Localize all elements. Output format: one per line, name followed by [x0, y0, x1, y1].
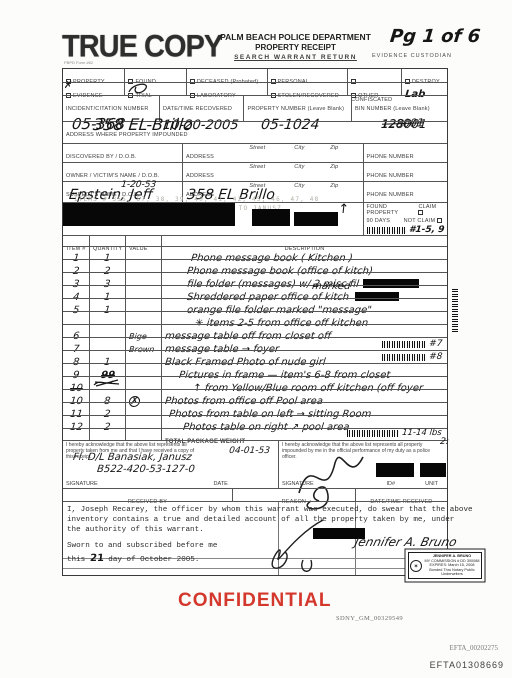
- checkbox-laboratory: LABORATORY: [186, 83, 267, 95]
- handwritten-impound-address: 358 EL-Brillo: [92, 117, 194, 133]
- checkbox-destroy: DESTROY: [401, 69, 447, 82]
- trial-scribble-mark: [127, 82, 153, 95]
- evidence-barcode: [367, 227, 406, 234]
- discovered-by-field: DISCOVERED BY / D.O.B.: [63, 144, 182, 162]
- item-row-8: 8 1 Black Framed Photo of nude girl #8: [63, 350, 447, 363]
- ack-right-cell: I hereby acknowledge that the above list…: [278, 441, 447, 488]
- discovered-phone-field: PHONE NUMBER: [363, 144, 447, 162]
- sworn-line-4: Sworn to and subscribed before me: [67, 542, 217, 552]
- redaction-bar: [294, 212, 338, 226]
- received-by-row: RECEIVED BY REASON DATE/TIME RECEIVED: [63, 488, 447, 501]
- signature-label: SIGNATURE: [282, 481, 314, 487]
- handwritten-received-dob: 04-01-53: [229, 447, 271, 456]
- handwritten-up-arrow: ↑: [337, 203, 349, 216]
- checkbox-row-2: EVIDENCE ✗ TRIAL LABORATORY STOLEN/RECOV…: [63, 82, 447, 95]
- item-row-5: 5 1 orange file folder marked "message": [63, 298, 447, 311]
- notary-stamp: ✶ JENNIFER A. BRUNO MY COMMISSION # DD 3…: [408, 552, 482, 579]
- document-title: PROPERTY RECEIPT: [208, 43, 383, 52]
- item-table-header: ITEM # QUANTITY VALUE DESCRIPTION: [63, 235, 447, 246]
- item-row-2: 2 2 Phone message book (office of kitch): [63, 259, 447, 272]
- checkbox-trial: TRIAL: [124, 83, 185, 95]
- owner-victim-row: OWNER / VICTIM'S NAME / D.O.B. ADDRESS S…: [63, 162, 447, 181]
- handwritten-item-tag: #7: [428, 340, 442, 349]
- scribbled-out-mark: [93, 378, 121, 388]
- acknowledgement-row: I hereby acknowledge that the above list…: [63, 440, 447, 488]
- redaction-bar: [420, 463, 446, 477]
- item-row-10: 10 8 ✗ Photos from office off Pool area: [63, 389, 447, 402]
- owner-name-field: OWNER / VICTIM'S NAME / D.O.B.: [63, 163, 182, 181]
- evidence-barcode: [347, 430, 399, 437]
- side-evidence-barcode: [452, 288, 458, 332]
- checkbox-confiscated: CONFISCATED: [347, 69, 401, 82]
- address-impounded-field: ADDRESS WHERE PROPERTY IMPOUNDED 358 EL-…: [63, 122, 447, 143]
- handwritten-item-tag: #8: [428, 353, 442, 362]
- owner-phone-field: PHONE NUMBER: [363, 163, 447, 181]
- notary-bonded: Bonded Thru Notary Public Underwriters: [429, 568, 475, 577]
- bates-number-right-small: EFTA_00202275: [450, 644, 498, 652]
- handwritten-day: 21: [89, 554, 104, 564]
- checkbox-personal: PERSONAL: [267, 69, 348, 82]
- address-impounded-row: ADDRESS WHERE PROPERTY IMPOUNDED 358 EL-…: [63, 121, 447, 143]
- item-row-struck: 10 ↑ from Yellow/Blue room off kitchen (…: [63, 376, 447, 389]
- handwritten-item-tag: #1-5, 9: [408, 226, 444, 235]
- handwritten-weight: 11-14 lbs: [402, 429, 442, 438]
- confidential-stamp: CONFIDENTIAL: [178, 590, 331, 612]
- sworn-line-1: I, Joseph Recarey, the officer by whom t…: [67, 506, 473, 516]
- property-number-field: PROPERTY NUMBER (Leave Blank) 05-1024: [243, 96, 351, 121]
- discovered-address-field: ADDRESS Street City Zip: [182, 144, 362, 162]
- item-row-9: 9 99 Pictures in frame — item's 6-8 from…: [63, 363, 447, 376]
- notary-commission: MY COMMISSION # DD 300088: [424, 559, 479, 563]
- checkbox-other: OTHER: [347, 83, 401, 95]
- sworn-line-3: the authority of this warrant.: [67, 526, 204, 536]
- suspect-phone-field: PHONE NUMBER: [363, 182, 447, 202]
- handwritten-superscript: marked: [311, 282, 350, 292]
- row-rule: [63, 568, 447, 569]
- handwritten-received-name: Fl. D/L Banasiak, Janusz: [72, 453, 192, 463]
- claim-checkbox-icon: [418, 210, 423, 215]
- total-weight-row: TOTAL PACKAGE WEIGHT 11-14 lbs: [63, 428, 447, 440]
- unit-label: UNIT: [425, 481, 438, 487]
- checkbox-deceased: DECEASED (Probated): [186, 69, 267, 82]
- notary-signature: Jennifer A. Bruno: [353, 536, 458, 548]
- found-property-cell: FOUND PROPERTYCLAIM 90 DAYSNOT CLAIM #1-…: [363, 203, 447, 235]
- handwritten-side-note: 2:: [440, 438, 450, 447]
- item-row-6: 6 Bige message table off from closet off: [63, 324, 447, 337]
- ack-left-cell: I hereby acknowledge that the above list…: [63, 441, 278, 488]
- redaction-bar: [252, 209, 290, 226]
- document-subtitle: SEARCH WARRANT RETURN: [208, 54, 383, 61]
- item-row-1: 1 1 Phone message book ( Kitchen ): [63, 246, 447, 259]
- handwritten-license-number: B522-420-53-127-0: [96, 465, 195, 475]
- evidence-x-mark: ✗: [63, 81, 72, 91]
- notary-seal-icon: ✶: [410, 560, 422, 572]
- scanned-document-page: TRUE COPY PBPD Form #62 PALM BEACH POLIC…: [0, 0, 512, 678]
- item-row-7: 7 Brown message table → foyer #7: [63, 337, 447, 350]
- property-receipt-form: PROPERTY FOUND DECEASED (Probated) PERSO…: [62, 68, 448, 576]
- item-row-12: 12 2 Photos table on right ↗ pool area: [63, 415, 447, 428]
- notary-expires: EXPIRES: March 15, 2008: [430, 563, 475, 567]
- handwritten-page-number: Pg 1 of 6: [389, 28, 481, 46]
- checkbox-row-1: PROPERTY FOUND DECEASED (Probated) PERSO…: [63, 69, 447, 82]
- bin-number-field: BIN NUMBER (Leave Blank) 128001 128001: [351, 96, 447, 121]
- form-number-small-print: PBPD Form #62: [64, 60, 93, 65]
- discovered-by-row: DISCOVERED BY / D.O.B. ADDRESS Street Ci…: [63, 143, 447, 162]
- bates-number-center: SDNY_GM_00329549: [336, 615, 403, 622]
- evidence-barcode: [382, 354, 426, 361]
- department-name: PALM BEACH POLICE DEPARTMENT: [208, 32, 383, 42]
- evidence-barcode: [382, 341, 426, 348]
- redaction-bar-large: [63, 203, 235, 226]
- sworn-line-2: inventory contains a true and detailed a…: [67, 516, 454, 526]
- date-label: DATE: [214, 481, 228, 487]
- item-note-row: ✳ items 2-5 from office off kitchen: [63, 311, 447, 324]
- item-row-3: 3 3 file folder (messages) w/ 2 misc fil: [63, 272, 447, 285]
- evidence-custodian-label: EVIDENCE CUSTODIAN: [372, 53, 452, 59]
- sworn-line-5: this 21 day of October 2005.: [67, 554, 199, 566]
- bates-number-right-large: EFTA01308669: [430, 660, 504, 670]
- signature-label: SIGNATURE: [66, 481, 98, 487]
- owner-address-field: ADDRESS Street City Zip: [182, 163, 362, 181]
- sworn-statement-area: I, Joseph Recarey, the officer by whom t…: [63, 501, 447, 575]
- pencil-note-line-1: ITEMS # 35S, 57, 38, 39, 40, 41, 42, 45,…: [74, 196, 319, 203]
- notary-name: JENNIFER A. BRUNO: [433, 554, 471, 558]
- notary-flourish-scrawl: [263, 516, 333, 574]
- redaction-bar: [376, 463, 414, 477]
- document-header: PALM BEACH POLICE DEPARTMENT PROPERTY RE…: [208, 32, 383, 61]
- checkbox-found: FOUND: [124, 69, 185, 82]
- item-row-11: 11 2 Photos from table on left → sitting…: [63, 402, 447, 415]
- checkbox-evidence: EVIDENCE ✗: [63, 83, 124, 95]
- id-label: ID#: [387, 481, 396, 487]
- item-row-4: 4 1 Shreddered paper office of kitchmark…: [63, 285, 447, 298]
- lab-handwritten-cell: Lab: [401, 83, 447, 95]
- checkbox-stolen-recovered: STOLEN/RECOVERED: [267, 83, 348, 95]
- not-claim-checkbox-icon: [437, 218, 442, 223]
